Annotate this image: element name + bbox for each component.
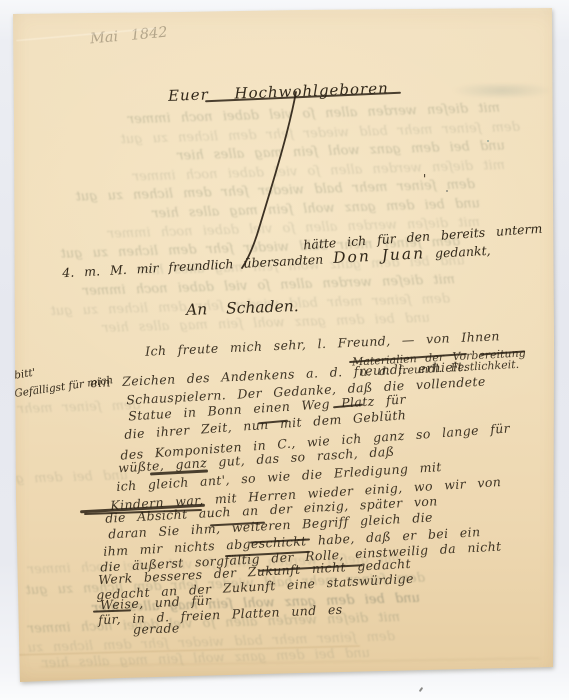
paper-edge-shading bbox=[0, 0, 569, 700]
scanned-letter-page: mit dieſen werden allen ſo viel dabei no… bbox=[0, 0, 569, 700]
paper-sheet-wrap: mit dieſen werden allen ſo viel dabei no… bbox=[0, 0, 569, 700]
paper-sheet: mit dieſen werden allen ſo viel dabei no… bbox=[0, 0, 569, 700]
